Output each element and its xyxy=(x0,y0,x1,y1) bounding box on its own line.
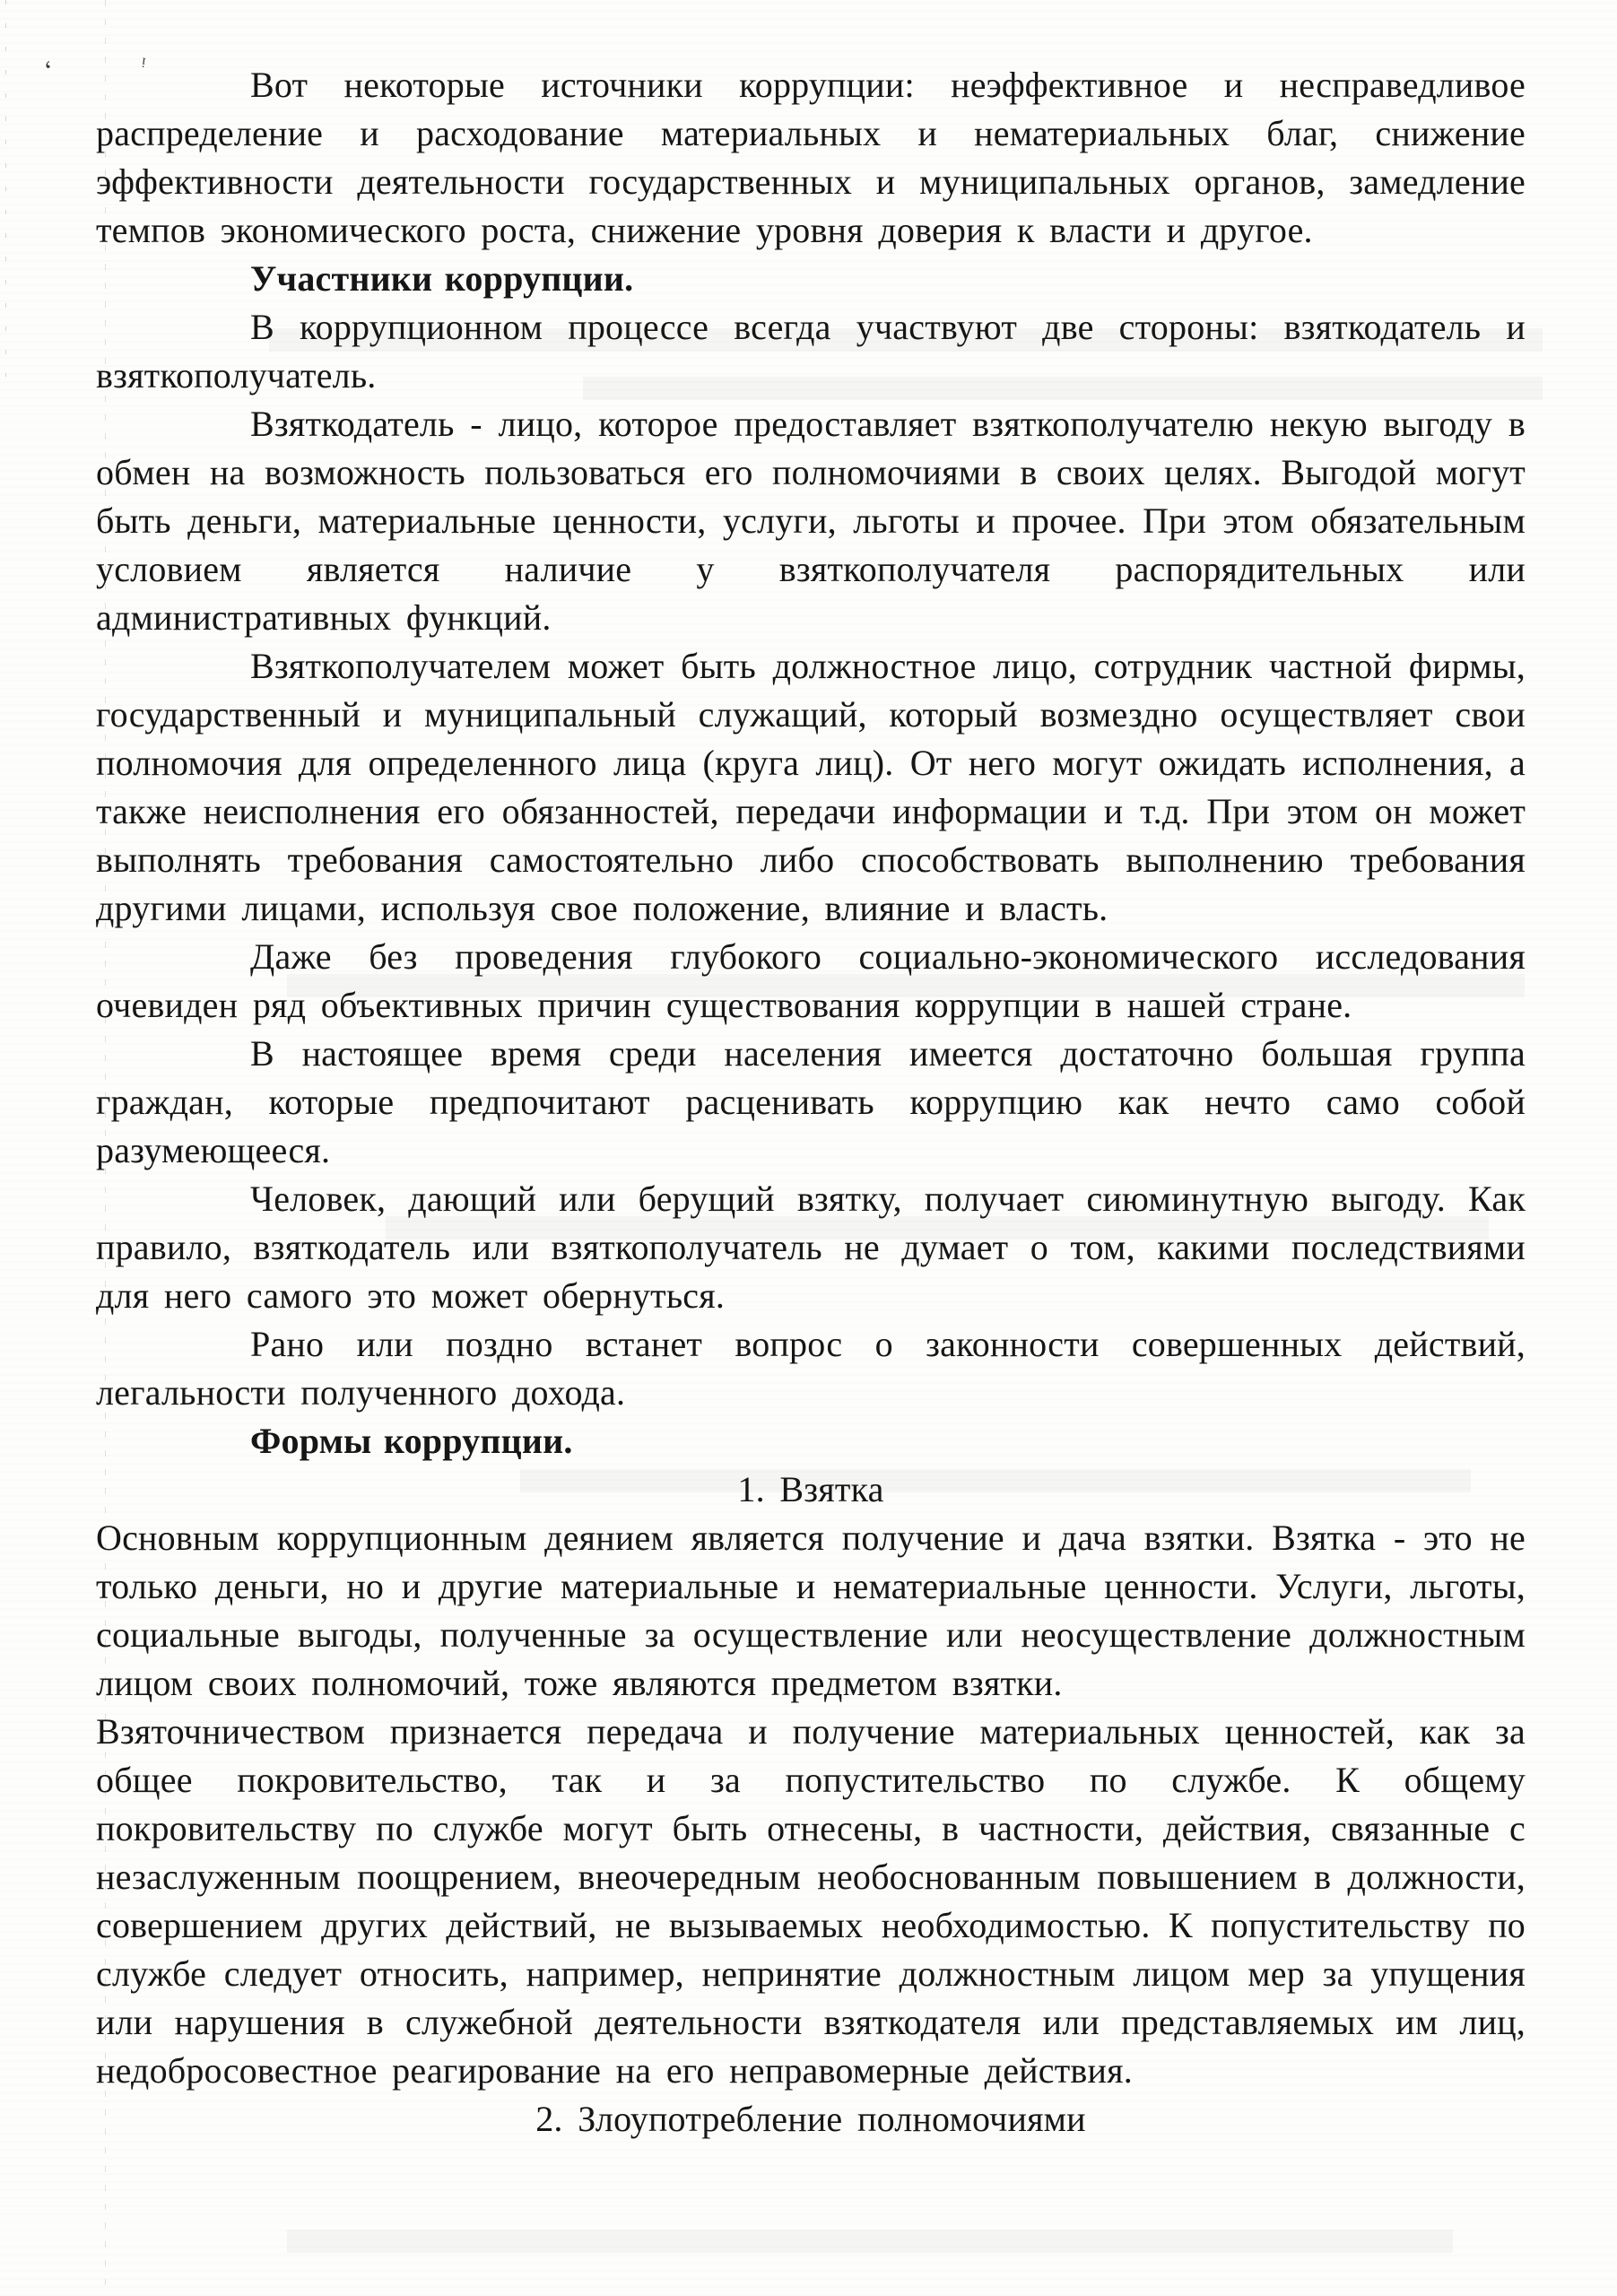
paragraph-legality-question: Рано или поздно встанет вопрос о законно… xyxy=(96,1320,1526,1417)
paragraph-bribe-taker-definition: Взяткополучателем может быть должностное… xyxy=(96,642,1526,933)
paragraph-bribe-description: Основным коррупционным деянием является … xyxy=(96,1514,1526,1708)
scan-ink-mark: ʻ xyxy=(41,55,57,86)
scanned-document-page: ʻ ᵎ Вот некоторые источники коррупции: н… xyxy=(0,0,1617,2296)
heading-corruption-participants: Участники коррупции. xyxy=(96,255,1526,303)
subheading-abuse-of-power: 2. Злоупотребление полномочиями xyxy=(96,2095,1526,2144)
heading-corruption-forms: Формы коррупции. xyxy=(96,1417,1526,1465)
subheading-bribe: 1. Взятка xyxy=(96,1465,1526,1514)
paragraph-citizens-attitude: В настоящее время среди населения имеетс… xyxy=(96,1030,1526,1175)
document-body: Вот некоторые источники коррупции: неэфф… xyxy=(96,61,1526,2144)
scan-line-artifact xyxy=(5,0,6,377)
paragraph-bribe-giver-definition: Взяткодатель - лицо, которое предоставля… xyxy=(96,400,1526,642)
paragraph-momentary-benefit: Человек, дающий или берущий взятку, полу… xyxy=(96,1175,1526,1320)
paragraph-bribery-patronage: Взяточничеством признается передача и по… xyxy=(96,1708,1526,2095)
paragraph-objective-causes: Даже без проведения глубокого социально-… xyxy=(96,933,1526,1030)
paragraph-corruption-sources: Вот некоторые источники коррупции: неэфф… xyxy=(96,61,1526,255)
paragraph-two-parties: В коррупционном процессе всегда участвую… xyxy=(96,303,1526,400)
scan-noise-band xyxy=(287,2230,1453,2253)
